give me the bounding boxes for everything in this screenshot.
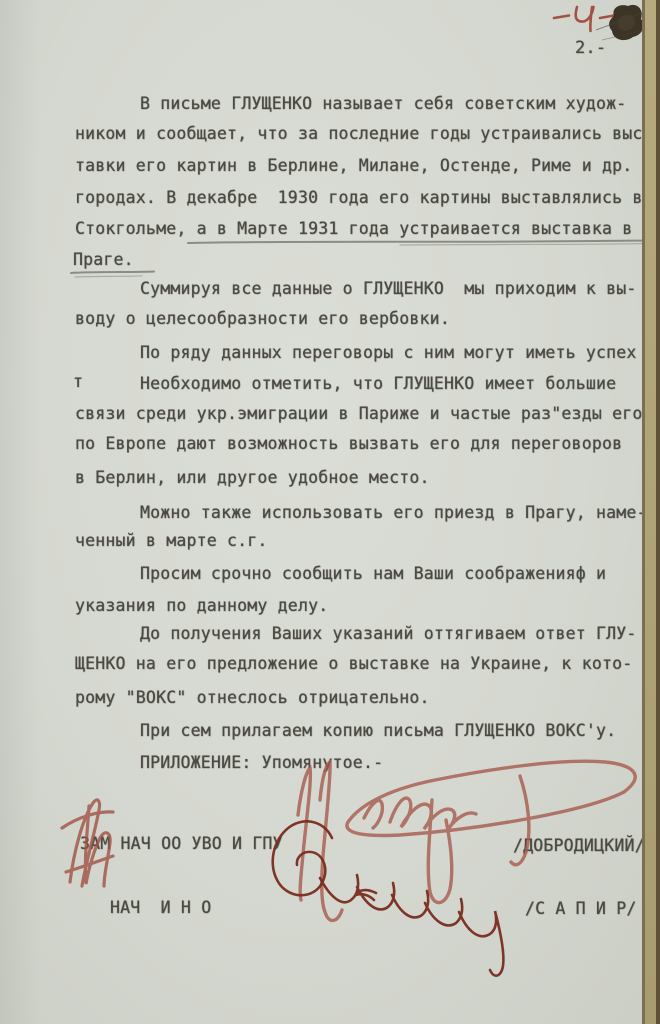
typed-line: В письме ГЛУЩЕНКО называет себя советски… [140,93,626,115]
margin-char: т [73,371,83,393]
typed-line: ЩЕНКО на его предложение о выставке на У… [75,653,632,675]
typed-line: в Берлин, или другое удобное место. [75,467,430,489]
typed-line: При сем прилагаем копию письма ГЛУЩЕНКО … [140,720,616,742]
binding-edge-tan [645,0,656,1024]
typed-line-underlined: Стокгольме, а в Марте 1931 года устраива… [75,218,632,240]
handwritten-page-number [554,7,614,31]
typed-line: До получения Ваших указаний оттягиваем о… [140,623,637,645]
signer-title-2: НАЧ И Н О [110,897,211,919]
typed-line-underlined: Праге. [73,249,134,271]
typed-line: ПРИЛОЖЕНИЕ: Упомянутое.- [140,752,383,774]
typed-line: ником и сообщает, что за последние годы … [75,123,653,145]
typed-line: ченный в марте с.г. [75,530,268,552]
binding-edge-dark [656,0,660,1024]
typed-line: тавки его картин в Берлине, Милане, Осте… [75,155,632,177]
typed-line: рому "ВОКС" отнеслось отрицательно. [75,687,430,709]
typed-line: указания по данному делу. [75,595,328,617]
typed-line: городах. В декабре 1930 года его картины… [75,187,643,209]
typed-line: Необходимо отметить, что ГЛУЩЕНКО имеет … [140,373,616,395]
typed-line: связи среди укр.эмиграции в Париже и час… [75,403,643,425]
typed-line: По ряду данных переговоры с ним могут им… [140,342,637,364]
typed-line: Просим срочно сообщить нам Ваши соображе… [140,563,606,585]
typed-line: Суммируя все данные о ГЛУЩЕНКО мы приход… [140,278,637,300]
signer-title-1: ЗАМ НАЧ ОО УВО И ГПУ [80,833,283,855]
typed-line: воду о целесообразности его вербовки. [75,308,450,330]
typed-line: по Европе дают возможность вызвать его д… [75,433,622,455]
sapir-signature [273,821,504,975]
signer-name-2: /С А П И Р/ [525,898,636,920]
pencil-underline [71,241,648,278]
signer-name-1: /ДОБРОДИЦКИЙ/ [513,835,645,857]
document-page: 2.- В письме ГЛУЩЕНКО называет себя сове… [0,0,660,1024]
typed-page-number: 2.- [575,37,606,59]
typed-line: Можно также использовать его приезд в Пр… [140,502,647,524]
